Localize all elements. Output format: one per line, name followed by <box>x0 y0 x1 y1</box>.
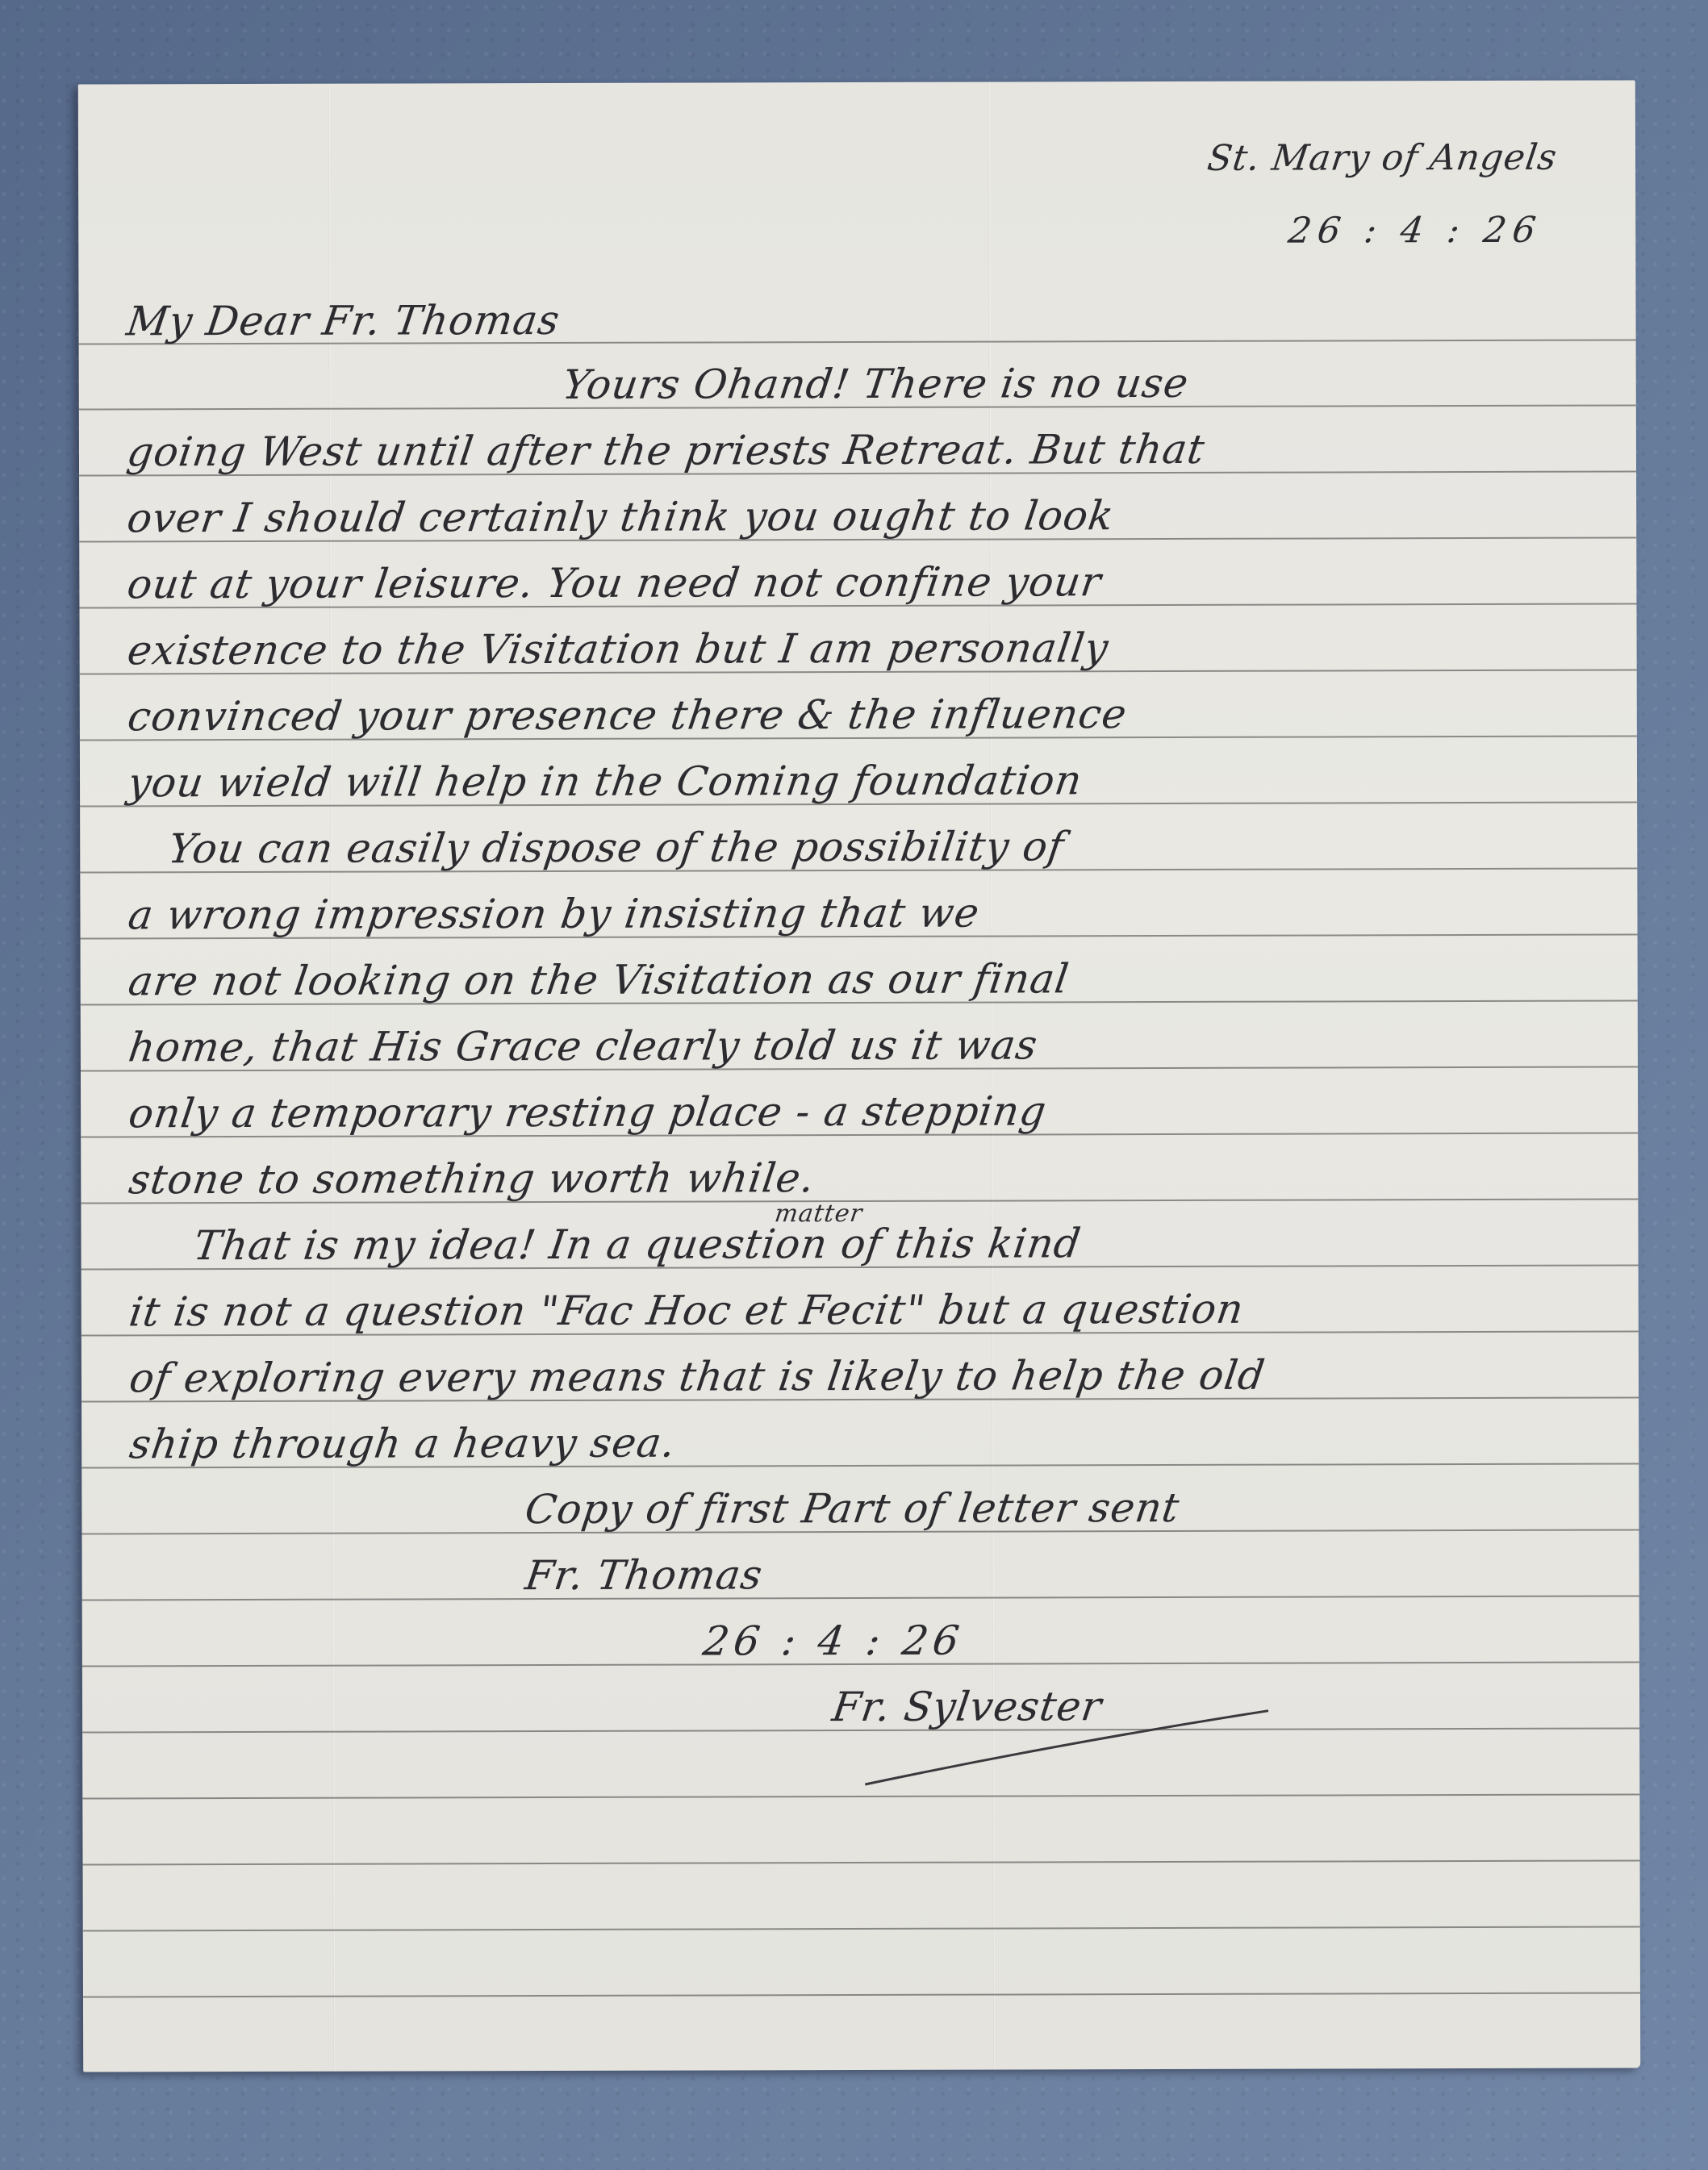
copy-note: Copy of first Part of letter sent <box>522 1484 1182 1533</box>
body-line: out at your leisure. You need not confin… <box>124 558 1105 607</box>
letter-paper: St. Mary of Angels 26 : 4 : 26 My Dear F… <box>78 80 1640 2072</box>
letter-date: 26 : 4 : 26 <box>1286 210 1545 252</box>
body-line: of exploring every means that is likely … <box>127 1352 1268 1402</box>
body-line: Yours Ohand! There is no use <box>560 360 1192 408</box>
letter-address: St. Mary of Angels <box>1205 137 1560 179</box>
body-line: you wield will help in the Coming founda… <box>125 757 1085 806</box>
copy-recipient: Fr. Thomas <box>523 1551 766 1599</box>
rule-line <box>83 1926 1640 1931</box>
rule-line <box>83 1992 1640 1997</box>
salutation: My Dear Fr. Thomas <box>124 297 563 344</box>
inserted-correction: matter <box>773 1200 864 1228</box>
signature-flourish <box>857 1695 1276 1792</box>
body-line: over I should certainly think you ought … <box>124 492 1117 541</box>
body-line: home, that His Grace clearly told us it … <box>126 1021 1041 1070</box>
body-line: convinced your presence there & the infl… <box>125 691 1130 740</box>
body-line: existence to the Visitation but I am per… <box>125 624 1112 674</box>
body-line: That is my idea! In a question of this k… <box>191 1220 1084 1269</box>
body-line: going West until after the priests Retre… <box>124 426 1208 476</box>
rule-line <box>82 1793 1639 1799</box>
body-line: a wrong impression by insisting that we <box>125 890 982 939</box>
body-line: only a temporary resting place - a stepp… <box>126 1087 1050 1137</box>
body-line: ship through a heavy sea. <box>127 1420 679 1468</box>
body-line: are not looking on the Visitation as our… <box>126 955 1072 1004</box>
body-line: stone to something worth while. <box>126 1154 817 1203</box>
fold-crease-left <box>328 84 335 2072</box>
rule-line <box>83 1859 1640 1865</box>
copy-date: 26 : 4 : 26 <box>700 1617 967 1665</box>
body-line: it is not a question "Fac Hoc et Fecit" … <box>127 1286 1247 1336</box>
body-line: You can easily dispose of the possibilit… <box>165 823 1067 872</box>
rule-line <box>82 1595 1639 1600</box>
